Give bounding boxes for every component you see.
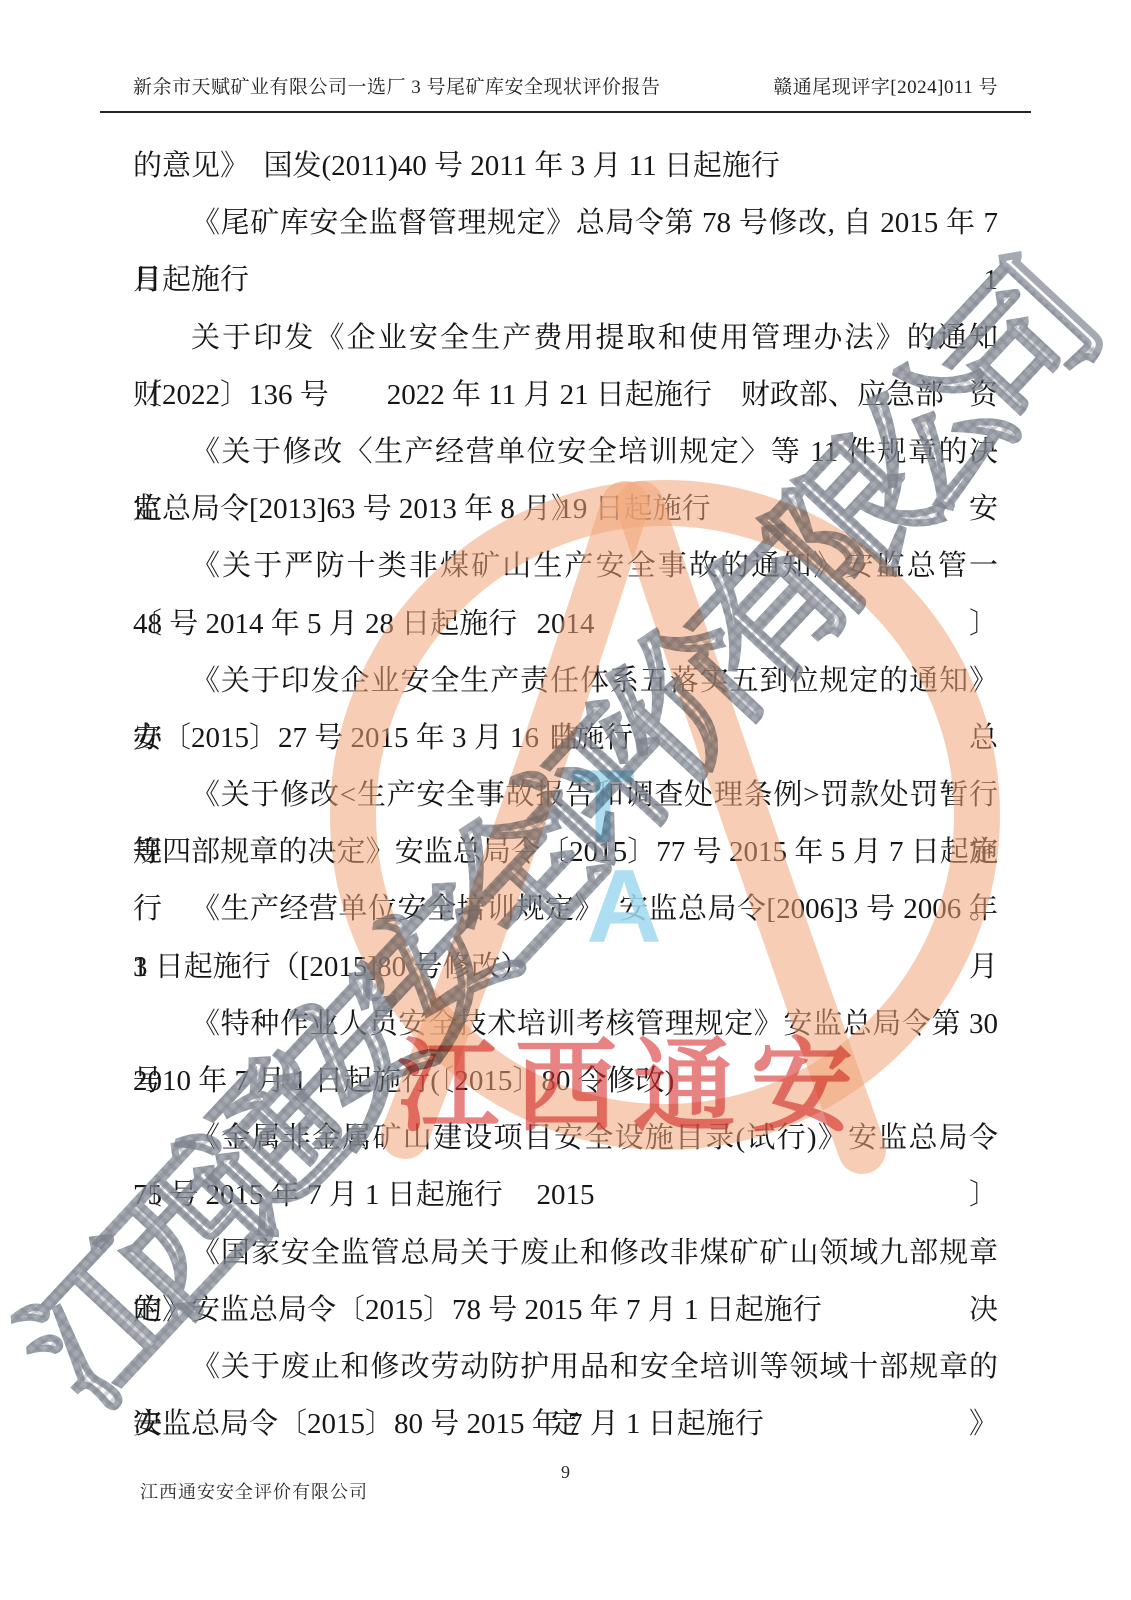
header-report-title: 新余市天赋矿业有限公司一选厂 3 号尾矿库安全现状评价报告 [133,72,661,99]
body-line: 《特种作业人员安全技术培训考核管理规定》安监总局令第 30 号 [133,996,998,1053]
body-line: 〔2022〕136 号 2022 年 11 月 21 日起施行 财政部、应急部 [133,367,998,424]
report-page: 新余市天赋矿业有限公司一选厂 3 号尾矿库安全现状评价报告 赣通尾现评字[202… [0,0,1131,1600]
body-line: 《关于废止和修改劳动防护用品和安全培训等领域十部规章的决定》 [133,1339,998,1396]
body-text: 的意见》 国发(2011)40 号 2011 年 3 月 11 日起施行《尾矿库… [133,138,998,1453]
body-line: 《关于修改<生产安全事故报告和调查处理条例>罚款处罚暂行规定 [133,767,998,824]
body-line: 《尾矿库安全监督管理规定》总局令第 78 号修改, 自 2015 年 7 月 1 [133,195,998,252]
body-line: 《关于印发企业安全生产责任体系五落实五到位规定的通知》安监总 [133,653,998,710]
body-line: 《生产经营单位安全培训规定》 安监总局令[2006]3 号 2006 年 3 月 [133,881,998,938]
body-line: 等四部规章的决定》安监总局令〔2015〕77 号 2015 年 5 月 7 日起… [133,824,998,881]
body-line: 关于印发《企业安全生产费用提取和使用管理办法》的通知 财资 [133,310,998,367]
page-header: 新余市天赋矿业有限公司一选厂 3 号尾矿库安全现状评价报告 赣通尾现评字[202… [100,70,1031,113]
body-line: 2010 年 7 月 1 日起施行(〔2015〕80 令修改) [133,1053,998,1110]
page-number: 9 [0,1462,1131,1483]
body-line: 《关于修改〈生产经营单位安全培训规定〉等 11 件规章的决定》安 [133,424,998,481]
body-line: 《关于严防十类非煤矿山生产安全事故的通知》安监总管一〔2014〕 [133,538,998,595]
body-line: 的意见》 国发(2011)40 号 2011 年 3 月 11 日起施行 [133,138,998,195]
body-line: 《金属非金属矿山建设项目安全设施目录(试行)》安监总局令〔2015〕 [133,1110,998,1167]
header-document-number: 赣通尾现评字[2024]011 号 [773,72,998,99]
body-line: 《国家安全监管总局关于废止和修改非煤矿矿山领域九部规章的决 [133,1225,998,1282]
